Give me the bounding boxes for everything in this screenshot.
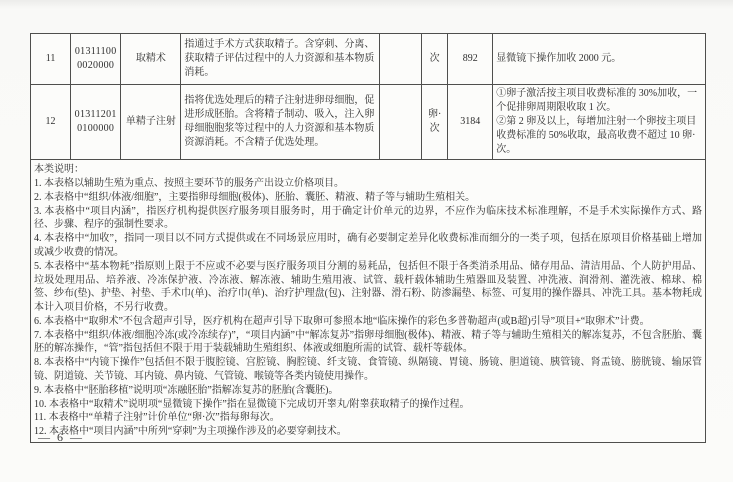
- note-line-5: 5. 本表格中“基本物耗”指原则上限于不应或不必要与医疗服务项目分割的易耗品，包…: [34, 260, 702, 315]
- note-line-11: 11. 本表格中“单精子注射”计价单位“卵·次”指每卵每次。: [34, 411, 702, 425]
- description-cell: 指将优选处理后的精子注射进卵母细胞，促进形成胚胎。含将精子制动、吸入，注入卵母细…: [181, 85, 380, 160]
- note-line-2: 2. 本表格中“组织/体液/细胞”，主要指卵母细胞(极体)、胚胎、囊胚、精液、精…: [34, 191, 702, 205]
- unit-cell: 卵·次: [422, 85, 448, 160]
- exclusion-cell: [380, 34, 422, 85]
- notes-row: 本类说明： 1. 本表格以辅助生殖为重点、按照主要环节的服务产出设立价格项目。 …: [31, 160, 706, 443]
- note-line-8: 8. 本表格中“内镜下操作”包括但不限于腹腔镜、宫腔镜、胸腔镜、纤支镜、食管镜、…: [34, 356, 702, 384]
- scanned-document-page: 11 01311100 0020000 取精术 指通过手术方式获取精子。含穿刺、…: [0, 0, 733, 482]
- note-line-12: 12. 本表格中“项目内涵”中所列“穿刺”为主项操作涉及的必要穿刺技术。: [34, 425, 702, 439]
- price-items-table: 11 01311100 0020000 取精术 指通过手术方式获取精子。含穿刺、…: [30, 33, 706, 443]
- unit-cell: 次: [422, 34, 448, 85]
- page-number: — 6 —: [38, 430, 84, 445]
- note-line-1: 1. 本表格以辅助生殖为重点、按照主要环节的服务产出设立价格项目。: [34, 177, 702, 191]
- note-line-7: 7. 本表格中“组织/体液/细胞冷冻(或冷冻续存)”，“项目内涵”中“解冻复苏”…: [34, 329, 702, 357]
- note-line-4: 4. 本表格中“加收”，指同一项目以不同方式提供或在不同场景应用时，确有必要制定…: [34, 232, 702, 260]
- note-line-3: 3. 本表格中“项目内涵”，指医疗机构提供医疗服务项目服务时，用于确定计价单元的…: [34, 205, 702, 233]
- note-line-6: 6. 本表格中“取卵术”不包含超声引导，医疗机构在超声引导下取卵可参照本地“临床…: [34, 315, 702, 329]
- category-notes-cell: 本类说明： 1. 本表格以辅助生殖为重点、按照主要环节的服务产出设立价格项目。 …: [31, 160, 706, 443]
- item-name-cell: 取精术: [121, 34, 181, 85]
- code-cell: 01311201 0100000: [71, 85, 121, 160]
- note-line-10: 10. 本表格中“取精术”说明项“显微镜下操作”指在显微镜下完成切开睾丸/附睾获…: [34, 398, 702, 412]
- table-row-item-12: 12 01311201 0100000 单精子注射 指将优选处理后的精子注射进卵…: [31, 85, 706, 160]
- table-row-item-11: 11 01311100 0020000 取精术 指通过手术方式获取精子。含穿刺、…: [31, 34, 706, 85]
- code-cell: 01311100 0020000: [71, 34, 121, 85]
- seq-cell: 11: [31, 34, 71, 85]
- exclusion-cell: [380, 85, 422, 160]
- price-cell: 3184: [448, 85, 493, 160]
- description-cell: 指通过手术方式获取精子。含穿刺、分离、获取精子评估过程中的人力资源和基本物质消耗…: [181, 34, 380, 85]
- item-name-cell: 单精子注射: [121, 85, 181, 160]
- note-line-9: 9. 本表格中“胚胎移植”说明项“冻融胚胎”指解冻复苏的胚胎(含囊胚)。: [34, 384, 702, 398]
- notes-title: 本类说明：: [34, 163, 702, 177]
- remark-cell: 显微镜下操作加收 2000 元。: [493, 34, 706, 85]
- remark-cell: ①卵子激活按主项目收费标准的 30%加收，一个促排卵周期限收取 1 次。 ②第 …: [493, 85, 706, 160]
- seq-cell: 12: [31, 85, 71, 160]
- price-cell: 892: [448, 34, 493, 85]
